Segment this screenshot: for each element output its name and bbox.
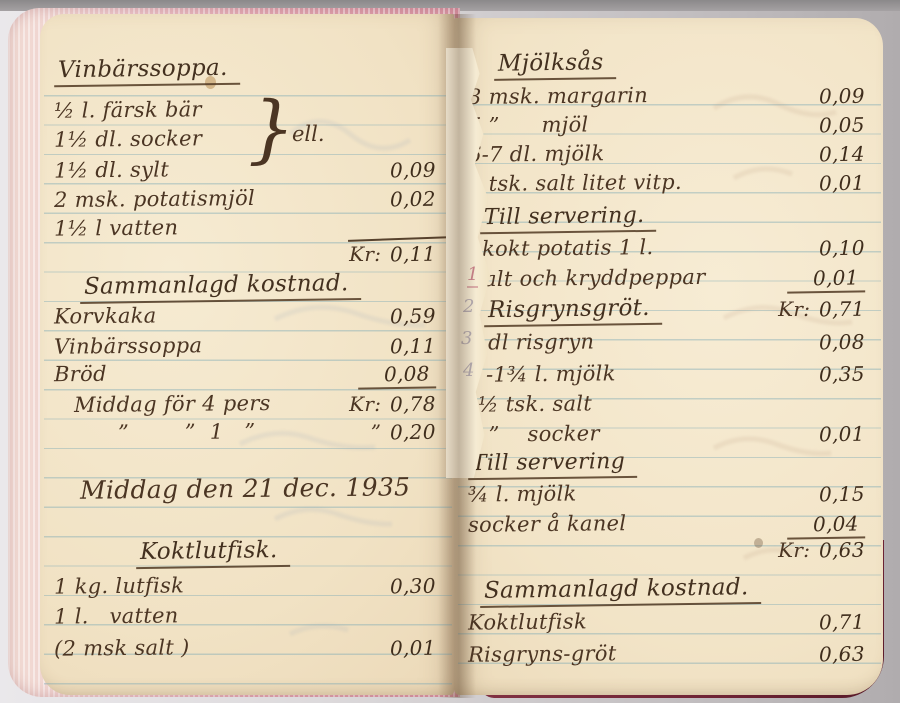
- cost-value: 0,14: [819, 144, 865, 165]
- ditto-currency: ”: [371, 422, 382, 442]
- recipe2-title: Koktlutfisk.: [136, 539, 290, 569]
- serving-heading-row: Till servering.: [454, 206, 883, 233]
- cost-value-underlined: 0,01: [787, 267, 865, 293]
- total-value: 0,63: [819, 540, 865, 561]
- serving-row: ¾ l. mjölk 0,15: [454, 484, 883, 505]
- ingredient-label: 1½ dl. socker: [54, 128, 202, 151]
- ingredient-label: ½ l. färsk bär: [54, 99, 202, 122]
- serving-row: socker å kanel 0,04: [454, 514, 883, 539]
- ingredient-row: 1½ dl. socker: [40, 129, 454, 150]
- ingredient-label: 3 msk. margarin: [468, 85, 648, 108]
- cost-value-underlined: 0,08: [358, 363, 436, 389]
- cost-value: 0,09: [819, 86, 865, 107]
- ingredient-row: 6-7 dl. mjölk 0,14: [454, 144, 883, 165]
- dinner-label: Middag för 4 pers: [74, 393, 271, 416]
- recipe2-total-row: Kr: 0,63: [454, 540, 883, 560]
- ingredient-label: 1 tsk. salt litet vitp.: [468, 172, 682, 195]
- cost-value: 0,01: [819, 424, 865, 445]
- ingredient-row: -1¾ l. mjölk 0,35: [454, 364, 883, 385]
- ingredient-row: 1½ dl. sylt 0,09: [40, 160, 454, 181]
- per-person-row: ” ” 1 ” ” 0,20: [40, 422, 454, 443]
- recipe2-heading-row: Risgrynsgröt. Kr: 0,71: [454, 298, 883, 326]
- ditto-marks: ” ” 1 ”: [118, 421, 256, 443]
- left-page: Vinbärssoppa. } ell. ½ l. färsk bär 1½ d…: [40, 14, 454, 695]
- ingredient-row: 2 ” socker 0,01: [454, 424, 883, 445]
- dish-label: Risgryns-gröt: [468, 643, 617, 666]
- cost-value: 0,59: [390, 306, 436, 327]
- dish-label: Koktlutfisk: [468, 611, 587, 633]
- recipe-title: Mjölksås: [494, 51, 616, 81]
- serving-row: alt och kryddpeppar 0,01: [454, 268, 883, 293]
- serving-label: ¾ l. mjölk: [468, 483, 577, 505]
- cost-value: 0,11: [390, 336, 436, 357]
- ingredient-label: 1½ l vatten: [54, 217, 179, 239]
- cost-value: 0,09: [390, 160, 436, 181]
- page-gutter-shadow: [438, 14, 476, 698]
- ingredient-label: 2 ” socker: [468, 423, 600, 445]
- serving2-heading-row: Till servering: [454, 452, 883, 479]
- currency-prefix: Kr:: [778, 299, 810, 319]
- serving-title: Till servering.: [480, 205, 657, 234]
- summary-row: Koktlutfisk 0,71: [454, 612, 883, 633]
- cost-value: 0,63: [819, 644, 865, 665]
- cost-value: 0,01: [819, 173, 865, 194]
- ingredient-label: 1 l. vatten: [54, 605, 179, 627]
- right-page: 1 2 3 4 Mjölksås 3 msk. margarin 0,09 5 …: [454, 18, 883, 695]
- ingredient-label: 2 msk. potatismjöl: [54, 188, 255, 211]
- currency-prefix: Kr:: [349, 394, 381, 414]
- cost-value: 0,30: [390, 576, 436, 597]
- recipe-total-row: Kr: 0,11: [40, 244, 454, 264]
- currency-prefix: Kr:: [349, 244, 381, 264]
- ingredient-row: 1 tsk. salt litet vitp. 0,01: [454, 173, 883, 194]
- ingredient-row: 1 l. vatten: [40, 606, 454, 627]
- serving-label: kokt potatis 1 l.: [482, 237, 654, 260]
- summary-row: Vinbärssoppa 0,11: [40, 336, 454, 357]
- dish-label: Vinbärssoppa: [54, 335, 202, 358]
- ingredient-row: dl risgryn 0,08: [454, 332, 883, 353]
- ingredient-label: (2 msk salt ): [54, 637, 190, 659]
- date-heading: Middag den 21 dec. 1935: [80, 474, 411, 502]
- recipe2-title: Risgrynsgröt.: [484, 297, 662, 327]
- cost-value: 0,01: [390, 638, 436, 659]
- recipe-heading-row: Mjölksås: [454, 52, 883, 80]
- summary-row: Bröd 0,08: [40, 364, 454, 389]
- ingredient-row: 1½ l vatten: [40, 218, 454, 239]
- total-value: 0,71: [819, 299, 865, 320]
- summary-row: Risgryns-gröt 0,63: [454, 644, 883, 665]
- summary-heading-row: Sammanlagd kostnad.: [454, 578, 883, 606]
- serving-label: alt och kryddpeppar: [484, 267, 706, 290]
- cost-value: 0,08: [819, 332, 865, 353]
- ingredient-row: ½ tsk. salt: [454, 394, 883, 415]
- dish-label: Bröd: [54, 364, 107, 386]
- notebook-scan: Vinbärssoppa. } ell. ½ l. färsk bär 1½ d…: [0, 0, 900, 703]
- ingredient-row: 5 ” mjöl 0,05: [454, 115, 883, 136]
- serving2-title: Till servering: [468, 451, 637, 480]
- ingredient-row: ½ l. färsk bär: [40, 100, 454, 121]
- ingredient-label: 6-7 dl. mjölk: [468, 143, 605, 165]
- summary-title: Sammanlagd kostnad.: [480, 576, 761, 608]
- cost-value: 0,71: [819, 612, 865, 633]
- cost-value: 0,10: [819, 238, 865, 259]
- dish-label: Korvkaka: [54, 305, 157, 327]
- ingredient-label: -1¾ l. mjölk: [486, 363, 616, 385]
- cost-value-underlined: 0,04: [787, 513, 865, 539]
- ingredient-label: 1 kg. lutfisk: [54, 575, 184, 597]
- recipe-heading-row: Vinbärssoppa.: [40, 58, 454, 86]
- ingredient-label: 5 ” mjöl: [468, 114, 589, 136]
- date-heading-row: Middag den 21 dec. 1935: [40, 476, 454, 501]
- summary-row: Korvkaka 0,59: [40, 306, 454, 327]
- ingredient-row: 3 msk. margarin 0,09: [454, 86, 883, 107]
- recipe2-heading-row: Koktlutfisk.: [40, 540, 454, 568]
- summary-title: Sammanlagd kostnad.: [80, 272, 361, 304]
- total-value: 0,78: [390, 394, 436, 415]
- ingredient-row: 2 msk. potatismjöl 0,02: [40, 189, 454, 210]
- recipe-title: Vinbärssoppa.: [54, 57, 240, 88]
- total-value: 0,20: [390, 422, 436, 443]
- summary-heading-row: Sammanlagd kostnad.: [40, 274, 454, 302]
- cost-value: 0,15: [819, 484, 865, 505]
- cost-value: 0,35: [819, 364, 865, 385]
- ingredient-row: 1 kg. lutfisk 0,30: [40, 576, 454, 597]
- cost-value: 0,02: [390, 189, 436, 210]
- cost-value: 0,05: [819, 115, 865, 136]
- ingredient-label: ½ tsk. salt: [478, 393, 592, 415]
- total-value: 0,11: [390, 244, 436, 265]
- ingredient-label: 1½ dl. sylt: [54, 159, 169, 181]
- currency-prefix: Kr:: [778, 540, 810, 560]
- serving-label: socker å kanel: [468, 513, 627, 536]
- ingredient-label: dl risgryn: [488, 331, 594, 353]
- ingredient-row: (2 msk salt ) 0,01: [40, 638, 454, 659]
- dinner-total-row: Middag för 4 pers Kr: 0,78: [40, 394, 454, 415]
- serving-row: kokt potatis 1 l. 0,10: [454, 238, 883, 259]
